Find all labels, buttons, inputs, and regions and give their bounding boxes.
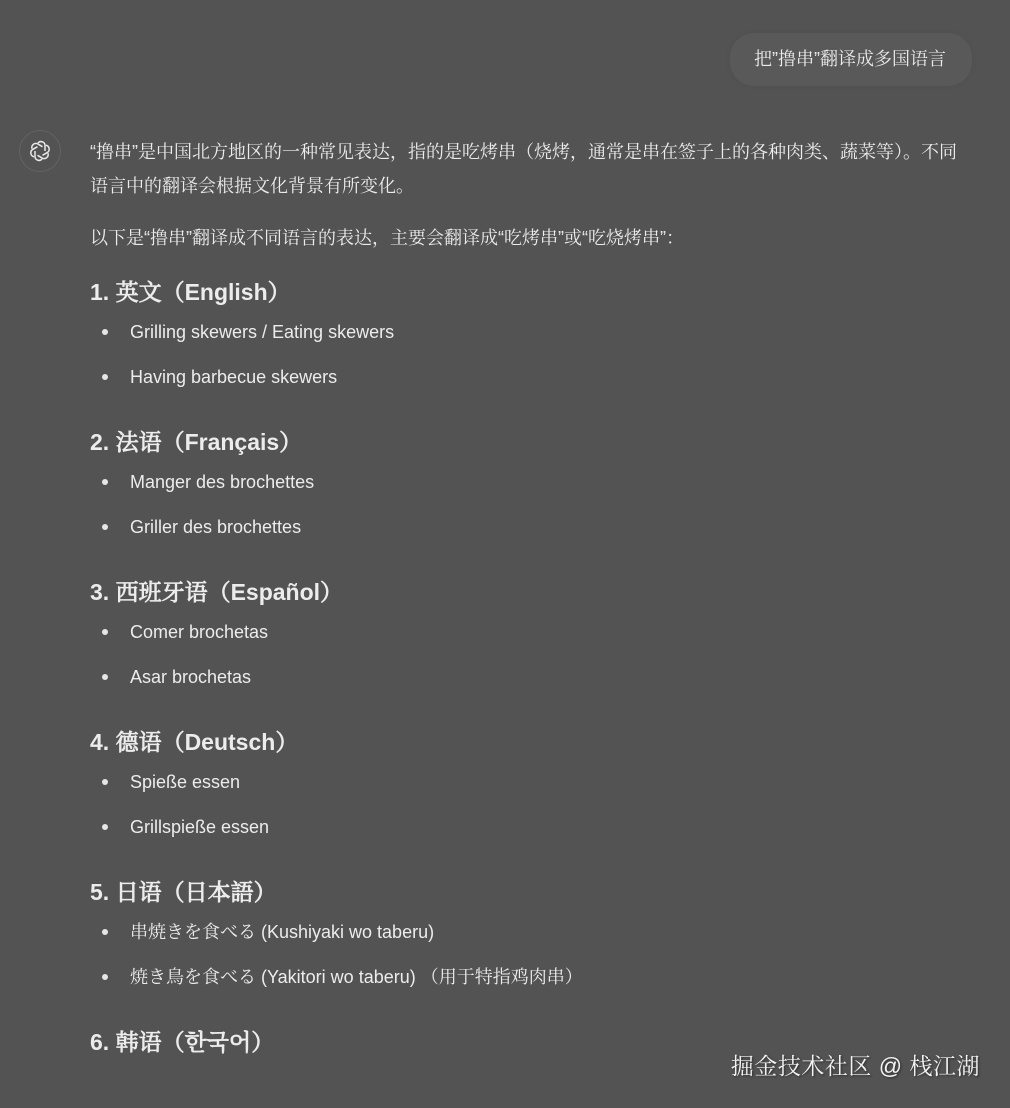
openai-logo-icon [28, 139, 52, 163]
section-french: 2. 法语（Français） Manger des brochettes Gr… [90, 425, 970, 555]
section-spanish: 3. 西班牙语（Español） Comer brochetas Asar br… [90, 575, 970, 705]
chat-page: 把”撸串”翻译成多国语言 “撸串”是中国北方地区的一种常见表达，指的是吃烤串（烧… [0, 0, 1010, 1108]
section-title: 1. 英文（English） [90, 275, 970, 309]
list-item: Comer brochetas [90, 615, 970, 660]
list-item: Grilling skewers / Eating skewers [90, 315, 970, 360]
section-title: 3. 西班牙语（Español） [90, 575, 970, 609]
lead-paragraph: 以下是“撸串”翻译成不同语言的表达，主要会翻译成“吃烤串”或“吃烧烤串”： [90, 221, 970, 255]
section-japanese: 5. 日语（日本語） 串焼きを食べる (Kushiyaki wo taberu)… [90, 875, 970, 1005]
section-title: 4. 德语（Deutsch） [90, 725, 970, 759]
translation-list: Manger des brochettes Griller des broche… [90, 465, 970, 555]
user-message-row: 把”撸串”翻译成多国语言 [730, 33, 972, 86]
list-item: Asar brochetas [90, 660, 970, 705]
intro-paragraph: “撸串”是中国北方地区的一种常见表达，指的是吃烤串（烧烤，通常是串在签子上的各种… [90, 135, 970, 203]
section-english: 1. 英文（English） Grilling skewers / Eating… [90, 275, 970, 405]
assistant-avatar [19, 130, 61, 172]
user-message-bubble: 把”撸串”翻译成多国语言 [730, 33, 972, 86]
section-german: 4. 德语（Deutsch） Spieße essen Grillspieße … [90, 725, 970, 855]
list-item: 串焼きを食べる (Kushiyaki wo taberu) [90, 915, 970, 960]
translation-list: 串焼きを食べる (Kushiyaki wo taberu) 焼き鳥を食べる (Y… [90, 915, 970, 1005]
translation-list: Grilling skewers / Eating skewers Having… [90, 315, 970, 405]
list-item: Griller des brochettes [90, 510, 970, 555]
translation-list: Spieße essen Grillspieße essen [90, 765, 970, 855]
list-item: Spieße essen [90, 765, 970, 810]
list-item: Manger des brochettes [90, 465, 970, 510]
translation-list: Comer brochetas Asar brochetas [90, 615, 970, 705]
list-item: 焼き鳥を食べる (Yakitori wo taberu) （用于特指鸡肉串） [90, 960, 970, 1005]
assistant-message: “撸串”是中国北方地区的一种常见表达，指的是吃烤串（烧烤，通常是串在签子上的各种… [90, 135, 970, 1065]
watermark: 掘金技术社区 @ 栈江湖 [731, 1048, 980, 1081]
list-item: Having barbecue skewers [90, 360, 970, 405]
list-item: Grillspieße essen [90, 810, 970, 855]
section-title: 5. 日语（日本語） [90, 875, 970, 909]
section-title: 2. 法语（Français） [90, 425, 970, 459]
